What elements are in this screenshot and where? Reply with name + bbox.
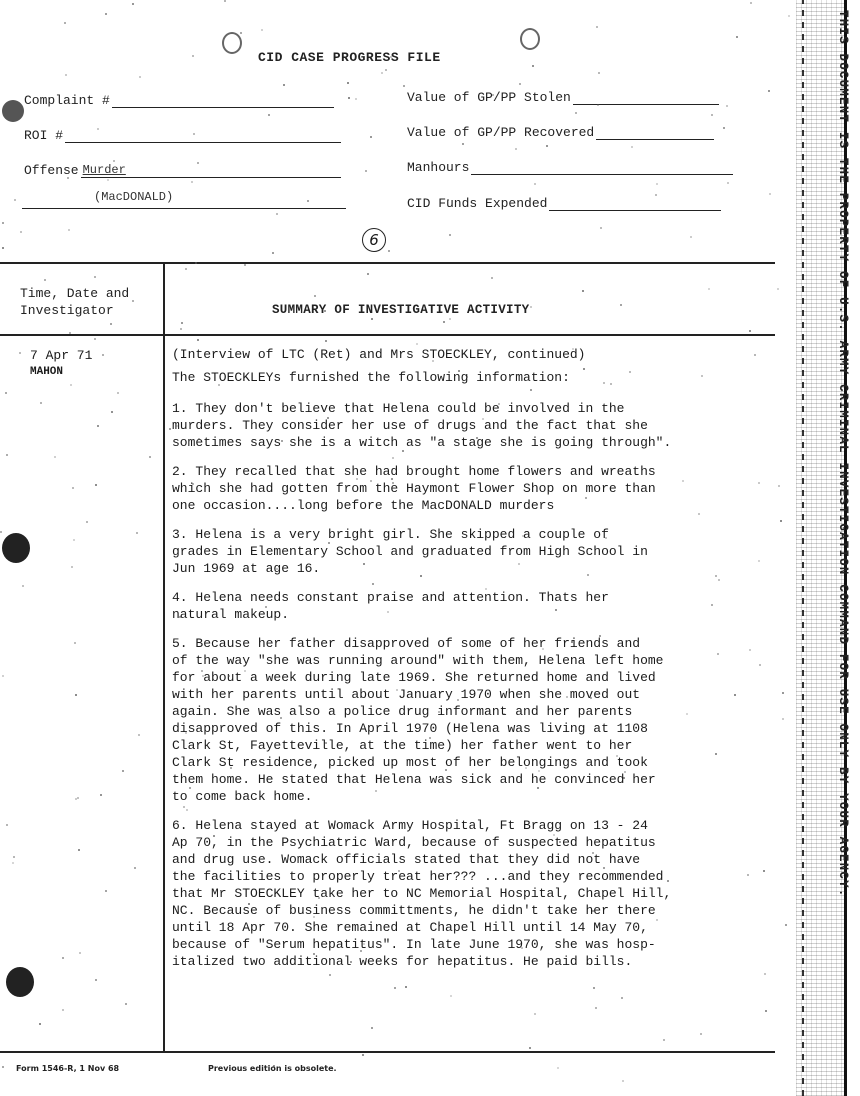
- speck: [534, 1013, 536, 1015]
- paragraph-2: 2. They recalled that she had brought ho…: [172, 463, 752, 514]
- speck: [73, 539, 75, 541]
- hole-punch: [6, 967, 34, 997]
- speck: [764, 973, 766, 975]
- speck: [476, 437, 478, 439]
- speck: [191, 181, 193, 183]
- speck: [717, 653, 719, 655]
- speck: [77, 797, 79, 799]
- speck: [107, 179, 109, 181]
- paragraph-1: 1. They don't believe that Helena could …: [172, 400, 752, 451]
- speck: [420, 575, 422, 577]
- speck: [313, 916, 315, 918]
- speck: [324, 310, 326, 312]
- hole-punch: [2, 100, 24, 122]
- speck: [788, 15, 790, 17]
- complaint-field: Complaint #: [24, 93, 334, 108]
- speck: [2, 247, 4, 249]
- speck: [557, 1067, 559, 1069]
- speck: [392, 482, 394, 484]
- speck: [485, 588, 487, 590]
- speck: [610, 383, 612, 385]
- speck: [6, 824, 8, 826]
- speck: [777, 288, 779, 290]
- speck: [585, 497, 587, 499]
- speck: [690, 236, 692, 238]
- offense-subject-value: (MacDONALD): [22, 190, 346, 209]
- manhours-field: Manhours: [407, 160, 733, 175]
- speck: [102, 354, 104, 356]
- field-label: Value of GP/PP Stolen: [407, 90, 571, 105]
- speck: [532, 65, 534, 67]
- speck: [176, 425, 178, 427]
- column-header-time-date-investigator: Time, Date and Investigator: [20, 285, 129, 319]
- entry-investigator: MAHON: [30, 364, 92, 380]
- speck: [372, 583, 374, 585]
- speck: [72, 487, 74, 489]
- speck: [575, 112, 577, 114]
- speck: [758, 482, 760, 484]
- speck: [68, 229, 70, 231]
- speck: [603, 867, 605, 869]
- speck: [314, 295, 316, 297]
- speck: [132, 3, 134, 5]
- speck: [94, 276, 96, 278]
- speck: [138, 734, 140, 736]
- speck: [363, 943, 365, 945]
- speck: [582, 290, 584, 292]
- speck: [65, 74, 67, 76]
- speck: [117, 392, 119, 394]
- speck: [139, 76, 141, 78]
- speck: [100, 794, 102, 796]
- speck: [592, 910, 594, 912]
- speck: [749, 649, 751, 651]
- speck: [466, 376, 468, 378]
- speck: [450, 995, 452, 997]
- roi-value: [65, 128, 341, 143]
- speck: [700, 1033, 702, 1035]
- speck: [754, 354, 756, 356]
- speck: [181, 322, 183, 324]
- speck: [307, 200, 309, 202]
- speck: [192, 55, 194, 57]
- binder-ring-mark: [520, 28, 540, 50]
- speck: [228, 675, 230, 677]
- field-label: Offense: [24, 163, 79, 178]
- speck: [555, 609, 557, 611]
- value-stolen-field: Value of GP/PP Stolen: [407, 90, 719, 105]
- speck: [445, 769, 447, 771]
- offense-field: Offense Murder: [24, 163, 341, 178]
- speck: [325, 340, 327, 342]
- speck: [347, 82, 349, 84]
- speck: [265, 606, 267, 608]
- speck: [134, 867, 136, 869]
- speck: [74, 642, 76, 644]
- speck: [325, 742, 327, 744]
- speck: [186, 809, 188, 811]
- speck: [711, 604, 713, 606]
- speck: [492, 94, 494, 96]
- speck: [375, 790, 377, 792]
- speck: [185, 268, 187, 270]
- speck: [402, 450, 404, 452]
- speck: [498, 403, 500, 405]
- speck: [600, 227, 602, 229]
- speck: [392, 457, 394, 459]
- speck: [198, 438, 200, 440]
- speck: [2, 675, 4, 677]
- speck: [443, 321, 445, 323]
- speck: [95, 979, 97, 981]
- speck: [2, 1066, 4, 1068]
- binder-ring-mark: [222, 32, 242, 54]
- speck: [457, 699, 459, 701]
- speck: [723, 127, 725, 129]
- speck: [95, 484, 97, 486]
- entry-date: 7 Apr 71: [30, 348, 92, 364]
- speck: [726, 105, 728, 107]
- speck: [97, 128, 99, 130]
- speck: [631, 146, 633, 148]
- speck: [765, 1010, 767, 1012]
- speck: [571, 641, 573, 643]
- speck: [462, 143, 464, 145]
- speck: [566, 696, 568, 698]
- speck: [656, 183, 658, 185]
- speck: [598, 72, 600, 74]
- speck: [371, 1027, 373, 1029]
- speck: [44, 279, 46, 281]
- column-divider: [163, 262, 165, 1052]
- speck: [529, 1047, 531, 1049]
- speck: [553, 834, 555, 836]
- cid-funds-value: [549, 196, 721, 211]
- speck: [356, 478, 358, 480]
- field-label: CID Funds Expended: [407, 196, 547, 211]
- speck: [371, 318, 373, 320]
- speck: [75, 694, 77, 696]
- speck: [388, 250, 390, 252]
- speck: [14, 199, 16, 201]
- speck: [718, 579, 720, 581]
- speck: [0, 531, 2, 533]
- speck: [655, 194, 657, 196]
- speck: [715, 575, 717, 577]
- speck: [759, 664, 761, 666]
- speck: [370, 136, 372, 138]
- speck: [355, 98, 357, 100]
- speck: [595, 1007, 597, 1009]
- field-label: Manhours: [407, 160, 469, 175]
- speck: [778, 485, 780, 487]
- speck: [13, 856, 15, 858]
- speck: [515, 148, 517, 150]
- field-label: Value of GP/PP Recovered: [407, 125, 594, 140]
- speck: [542, 648, 544, 650]
- speck: [782, 718, 784, 720]
- speck: [624, 771, 626, 773]
- speck: [132, 300, 134, 302]
- speck: [734, 694, 736, 696]
- speck: [230, 767, 232, 769]
- value-recovered-field: Value of GP/PP Recovered: [407, 125, 714, 140]
- speck: [268, 114, 270, 116]
- field-label: Complaint #: [24, 93, 110, 108]
- document-page: CID CASE PROGRESS FILE Complaint # ROI #…: [0, 0, 860, 1096]
- speck: [62, 1009, 64, 1011]
- speck: [620, 304, 622, 306]
- speck: [385, 304, 387, 306]
- speck: [749, 330, 751, 332]
- speck: [747, 874, 749, 876]
- entry-date-investigator: 7 Apr 71 MAHON: [30, 348, 92, 380]
- offense-value: Murder: [81, 163, 341, 178]
- speck: [769, 193, 771, 195]
- speck: [71, 566, 73, 568]
- speck: [105, 890, 107, 892]
- speck: [782, 692, 784, 694]
- speck: [94, 338, 96, 340]
- speck: [629, 371, 631, 373]
- speck: [370, 480, 372, 482]
- speck: [416, 343, 418, 345]
- speck: [62, 957, 64, 959]
- column-header-summary: SUMMARY OF INVESTIGATIVE ACTIVITY: [272, 303, 529, 317]
- speck: [276, 568, 278, 570]
- speck: [19, 352, 21, 354]
- speck: [525, 767, 527, 769]
- cid-funds-field: CID Funds Expended: [407, 196, 721, 211]
- field-label: ROI #: [24, 128, 63, 143]
- speck: [240, 32, 242, 34]
- speck: [559, 841, 561, 843]
- speck: [283, 84, 285, 86]
- speck: [2, 222, 4, 224]
- speck: [663, 1039, 665, 1041]
- offense-subject-field: (MacDONALD): [20, 190, 346, 209]
- roi-field: ROI #: [24, 128, 341, 143]
- speck: [656, 919, 658, 921]
- speck: [715, 753, 717, 755]
- speck: [244, 264, 246, 266]
- speck: [442, 531, 444, 533]
- speck: [482, 418, 484, 420]
- speck: [248, 903, 250, 905]
- speck: [136, 532, 138, 534]
- speck: [396, 689, 398, 691]
- ownership-stamp: THIS DOCUMENT IS THE PROPERTY OF U.S. AR…: [820, 10, 860, 1090]
- speck: [78, 849, 80, 851]
- speck: [272, 252, 274, 254]
- paragraph-4: 4. Helena needs constant praise and atte…: [172, 589, 752, 623]
- speck: [405, 986, 407, 988]
- speck: [347, 411, 349, 413]
- speck: [110, 323, 112, 325]
- speck: [449, 234, 451, 236]
- speck: [518, 563, 520, 565]
- speck: [22, 585, 24, 587]
- speck: [360, 950, 362, 952]
- speck: [394, 987, 396, 989]
- speck: [329, 974, 331, 976]
- speck: [111, 411, 113, 413]
- form-id: Form 1546-R, 1 Nov 68: [16, 1064, 119, 1073]
- header-bottom-border: [0, 334, 775, 336]
- complaint-value: [112, 93, 334, 108]
- speck: [711, 114, 713, 116]
- speck: [590, 697, 592, 699]
- speck: [89, 357, 91, 359]
- speck: [391, 478, 393, 480]
- speck: [534, 183, 536, 185]
- speck: [522, 535, 524, 537]
- speck: [202, 675, 204, 677]
- paragraph-6: 6. Helena stayed at Womack Army Hospital…: [172, 817, 752, 970]
- speck: [362, 1054, 364, 1056]
- speck: [67, 177, 69, 179]
- speck: [40, 402, 42, 404]
- handwritten-page-number: 6: [362, 228, 386, 252]
- speck: [363, 563, 365, 565]
- speck: [758, 560, 760, 562]
- speck: [596, 26, 598, 28]
- speck: [122, 770, 124, 772]
- speck: [113, 160, 115, 162]
- speck: [429, 737, 431, 739]
- speck: [69, 332, 71, 334]
- speck: [218, 384, 220, 386]
- speck: [381, 72, 383, 74]
- speck: [350, 961, 352, 963]
- speck: [622, 1080, 624, 1082]
- speck: [367, 273, 369, 275]
- form-title: CID CASE PROGRESS FILE: [258, 50, 441, 65]
- speck: [592, 852, 594, 854]
- speck: [6, 454, 8, 456]
- value-recovered-value: [596, 125, 714, 140]
- speck: [398, 870, 400, 872]
- speck: [5, 392, 7, 394]
- speck: [276, 213, 278, 215]
- speck: [593, 987, 595, 989]
- speck: [318, 897, 320, 899]
- speck: [195, 262, 197, 264]
- speck: [623, 777, 625, 779]
- speck: [54, 456, 56, 458]
- speck: [169, 428, 171, 430]
- speck: [97, 425, 99, 427]
- speck: [458, 370, 460, 372]
- speck: [183, 806, 185, 808]
- speck: [327, 417, 329, 419]
- speck: [244, 670, 246, 672]
- speck: [224, 0, 226, 2]
- speck: [197, 162, 199, 164]
- speck: [179, 616, 181, 618]
- speck: [521, 947, 523, 949]
- table-bottom-border: [0, 1051, 775, 1053]
- speck: [105, 13, 107, 15]
- speck: [449, 318, 451, 320]
- speck: [197, 339, 199, 341]
- speck: [597, 104, 599, 106]
- speck: [387, 611, 389, 613]
- speck: [64, 22, 66, 24]
- speck: [432, 360, 434, 362]
- speck: [768, 90, 770, 92]
- speck: [698, 513, 700, 515]
- hole-punch: [2, 533, 30, 563]
- speck: [12, 862, 14, 864]
- speck: [180, 328, 182, 330]
- speck: [125, 1003, 127, 1005]
- speck: [519, 83, 521, 85]
- speck: [313, 953, 315, 955]
- speck: [621, 997, 623, 999]
- speck: [403, 85, 405, 87]
- speck: [273, 1065, 275, 1067]
- speck: [213, 835, 215, 837]
- speck: [185, 732, 187, 734]
- speck: [79, 952, 81, 954]
- speck: [491, 277, 493, 279]
- intro-line: The STOECKLEYs furnished the following i…: [172, 369, 752, 386]
- speck: [201, 670, 203, 672]
- speck: [385, 69, 387, 71]
- speck: [785, 924, 787, 926]
- speck: [192, 483, 194, 485]
- speck: [365, 170, 367, 172]
- speck: [538, 770, 540, 772]
- speck: [280, 717, 282, 719]
- speck: [447, 199, 449, 201]
- speck: [193, 133, 195, 135]
- speck: [736, 36, 738, 38]
- speck: [587, 574, 589, 576]
- speck: [438, 711, 440, 713]
- speck: [390, 56, 392, 58]
- speck: [583, 368, 585, 370]
- speck: [537, 787, 539, 789]
- speck: [189, 787, 191, 789]
- interview-heading: (Interview of LTC (Ret) and Mrs STOECKLE…: [172, 346, 752, 363]
- speck: [708, 288, 710, 290]
- speck: [682, 480, 684, 482]
- speck: [763, 870, 765, 872]
- speck: [667, 880, 669, 882]
- value-stolen-value: [573, 90, 719, 105]
- speck: [616, 755, 618, 757]
- speck: [70, 384, 72, 386]
- speck: [328, 542, 330, 544]
- speck: [727, 182, 729, 184]
- speck: [20, 231, 22, 233]
- speck: [281, 440, 283, 442]
- speck: [39, 1023, 41, 1025]
- summary-body: (Interview of LTC (Ret) and Mrs STOECKLE…: [172, 346, 752, 982]
- manhours-value: [471, 160, 733, 175]
- speck: [599, 635, 601, 637]
- speck: [261, 29, 263, 31]
- paragraph-5: 5. Because her father disapproved of som…: [172, 635, 752, 805]
- table-top-border: [0, 262, 775, 264]
- speck: [530, 306, 532, 308]
- speck: [503, 713, 505, 715]
- paragraph-3: 3. Helena is a very bright girl. She ski…: [172, 526, 752, 577]
- speck: [572, 348, 574, 350]
- speck: [149, 456, 151, 458]
